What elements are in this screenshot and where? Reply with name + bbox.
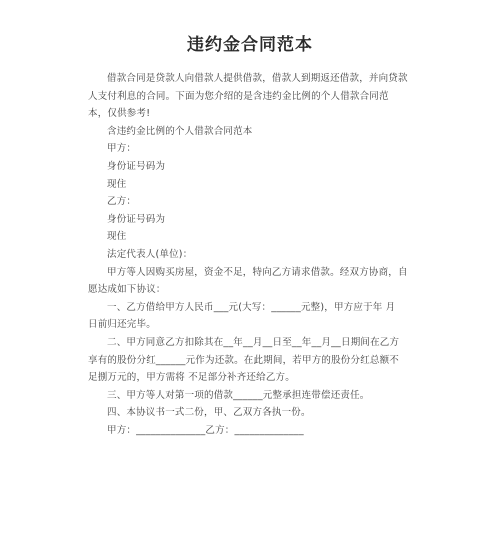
- paragraph: 三、甲方等人对第一项的借款______元整承担连带偿还责任。: [88, 387, 408, 405]
- contract-document-page: 违约金合同范本 借款合同是贷款人向借款人提供借款，借款人到期返还借款，并向贷款人…: [0, 0, 500, 548]
- paragraph: 甲方：: [88, 140, 408, 158]
- paragraph: 四、本协议书一式二份，甲、乙双方各执一份。: [88, 404, 408, 422]
- paragraph: 乙方：: [88, 193, 408, 211]
- document-body: 借款合同是贷款人向借款人提供借款，借款人到期返还借款，并向贷款人支付利息的合同。…: [0, 70, 500, 439]
- paragraph: 借款合同是贷款人向借款人提供借款，借款人到期返还借款，并向贷款人支付利息的合同。…: [88, 70, 408, 123]
- paragraph: 甲方：______________乙方：______________: [88, 422, 408, 440]
- paragraph: 一、乙方借给甲方人民币___元(大写：______元整)，甲方应于年 月 日前归…: [88, 299, 408, 334]
- paragraph: 甲方等人因购买房屋，资金不足，特向乙方请求借款。经双方协商，自愿达成如下协议：: [88, 264, 408, 299]
- paragraph: 法定代表人(单位)：: [88, 246, 408, 264]
- document-title: 违约金合同范本: [0, 34, 500, 56]
- paragraph: 身份证号码为: [88, 158, 408, 176]
- paragraph: 现住: [88, 176, 408, 194]
- paragraph: 身份证号码为: [88, 211, 408, 229]
- paragraph: 现住: [88, 228, 408, 246]
- paragraph: 二、甲方同意乙方扣除其在__年__月__日至__年__月__日期间在乙方享有的股…: [88, 334, 408, 387]
- paragraph: 含违约金比例的个人借款合同范本: [88, 123, 408, 141]
